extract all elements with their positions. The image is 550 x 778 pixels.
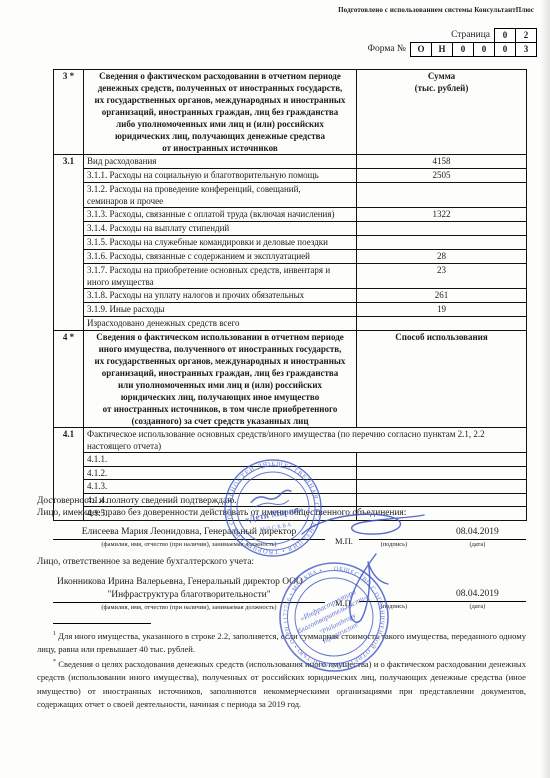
name-column: Елисеева Мария Леонидовна, Генеральный д… (53, 526, 325, 548)
accountant-name-line1: Иконникова Ирина Валерьевна, Генеральный… (53, 576, 325, 589)
page-label: Страница (451, 30, 490, 40)
row-value: 1322 (357, 208, 527, 222)
section4-header-row: 4 * Сведения о фактическом использовании… (54, 331, 527, 428)
seal-mark-label: М.П. (335, 598, 353, 608)
footnote-2: * Сведения о целях расходования денежных… (37, 656, 526, 711)
table-row: 4.1.3. (54, 480, 527, 494)
footnote-1-text: Для иного имущества, указанного в строке… (37, 630, 526, 653)
row-value (357, 453, 527, 467)
table-row: 3.1.6. Расходы, связанные с содержанием … (54, 250, 527, 264)
page-digit-box: 0 (494, 28, 516, 43)
row-value: 4158 (357, 155, 527, 169)
table-row: 3.1 Вид расходования 4158 (54, 155, 527, 169)
row-value: 2505 (357, 169, 527, 183)
signature-line (359, 588, 429, 602)
report-table: 3 * Сведения о фактическом расходовании … (53, 69, 527, 521)
section4-value-header: Способ использования (357, 331, 527, 428)
table-row: 3.1.7. Расходы на приобретение основных … (54, 264, 527, 289)
signature-column: (подпись) (359, 526, 429, 548)
row-value (357, 236, 527, 250)
document-page: Подготовлено с использованием системы Ко… (0, 0, 550, 778)
section3-number: 3 * (54, 70, 84, 155)
row-value (357, 466, 527, 480)
row-value: 23 (357, 264, 527, 289)
signature-section: Достоверность и полноту сведений подтвер… (37, 496, 526, 712)
section4-title: Сведения о фактическом использовании в о… (84, 331, 357, 428)
form-digit-box: 0 (473, 42, 495, 57)
row-label: 3.1.7. Расходы на приобретение основных … (84, 264, 357, 289)
row-label: 3.1.4. Расходы на выплату стипендий (84, 222, 357, 236)
row-value: 28 (357, 250, 527, 264)
seal-mark-label: М.П. (335, 536, 353, 546)
footnote-1: 1 Для иного имущества, указанного в стро… (37, 628, 526, 657)
form-number-block: Страница 0 2 Форма № О Н 0 0 0 3 (368, 28, 537, 56)
row-value: 261 (357, 289, 527, 303)
form-digit-box: О (410, 42, 432, 57)
row-label: 4.1.1. (84, 453, 357, 467)
table-row: 3.1.4. Расходы на выплату стипендий (54, 222, 527, 236)
row-label: Фактическое использование основных средс… (84, 428, 527, 453)
row-label: 3.1.5. Расходы на служебные командировки… (84, 236, 357, 250)
name-caption: (фамилия, имя, отчество (при наличии), з… (53, 603, 325, 611)
section4-number: 4 * (54, 331, 84, 428)
row-label: 4.1.3. (84, 480, 357, 494)
form-digit-box: Н (431, 42, 453, 57)
signature-block-authorized: Елисеева Мария Леонидовна, Генеральный д… (37, 526, 526, 548)
signature-column: (подпись) (359, 588, 429, 610)
table-row: 3.1.9. Иные расходы19 (54, 303, 527, 317)
section3-header-row: 3 * Сведения о фактическом расходовании … (54, 70, 527, 155)
row-value (357, 480, 527, 494)
accountant-intro: Лицо, ответственное за ведение бухгалтер… (37, 557, 526, 569)
prepared-note: Подготовлено с использованием системы Ко… (338, 6, 534, 14)
signature-caption: (подпись) (359, 540, 429, 548)
signature-block-accountant: Иконникова Ирина Валерьевна, Генеральный… (37, 576, 526, 611)
row-label: Израсходовано денежных средств всего (84, 317, 357, 331)
table-row: 3.1.8. Расходы на уплату налогов и прочи… (54, 289, 527, 303)
form-digit-box: 0 (494, 42, 516, 57)
row-group-number: 3.1 (54, 155, 84, 331)
form-label: Форма № (368, 44, 406, 54)
confirmation-statement: Достоверность и полноту сведений подтвер… (37, 496, 526, 508)
row-label: 4.1.2. (84, 466, 357, 480)
signature-date: 08.04.2019 (429, 588, 526, 602)
row-value: 19 (357, 303, 527, 317)
footnote-2-text: Сведения о целях расходования денежных с… (37, 659, 526, 709)
signature-caption: (подпись) (359, 602, 429, 610)
form-number-row: Форма № О Н 0 0 0 3 (368, 42, 537, 56)
row-41-header: 4.1 Фактическое использование основных с… (54, 428, 527, 453)
page-number-row: Страница 0 2 (368, 28, 537, 42)
row-label: 3.1.6. Расходы, связанные с содержанием … (84, 250, 357, 264)
row-label: Вид расходования (84, 155, 357, 169)
row-value (357, 183, 527, 208)
row-label: 3.1.2. Расходы на проведение конференций… (84, 183, 357, 208)
date-column: 08.04.2019 (дата) (429, 588, 526, 610)
accountant-name-line2: "Инфраструктура благотворительности" (53, 589, 325, 603)
section3-value-header: Сумма (тыс. рублей) (357, 70, 527, 155)
row-label: 3.1.9. Иные расходы (84, 303, 357, 317)
row-value (357, 222, 527, 236)
table-row: 3.1.3. Расходы, связанные с оплатой труд… (54, 208, 527, 222)
page-digit-box: 2 (515, 28, 537, 43)
date-caption: (дата) (429, 602, 526, 610)
footnote-2-marker: * (53, 659, 56, 665)
signature-date: 08.04.2019 (429, 526, 526, 540)
name-caption: (фамилия, имя, отчество (при наличии), з… (53, 540, 325, 548)
form-digit-box: 3 (515, 42, 537, 57)
table-row: 3.1.1. Расходы на социальную и благотвор… (54, 169, 527, 183)
footnote-1-marker: 1 (53, 631, 56, 637)
row-label: 3.1.1. Расходы на социальную и благотвор… (84, 169, 357, 183)
table-row: 3.1.2. Расходы на проведение конференций… (54, 183, 527, 208)
signature-line (359, 526, 429, 540)
table-row: 4.1.2. (54, 466, 527, 480)
footnote-separator (53, 623, 151, 624)
date-column: 08.04.2019 (дата) (429, 526, 526, 548)
authorized-person-intro: Лицо, имеющее право без доверенности дей… (37, 508, 526, 520)
table-row: Израсходовано денежных средств всего (54, 317, 527, 331)
row-label: 3.1.3. Расходы, связанные с оплатой труд… (84, 208, 357, 222)
authorized-person-name: Елисеева Мария Леонидовна, Генеральный д… (53, 526, 325, 540)
table-row: 4.1.1. (54, 453, 527, 467)
row-label: 3.1.8. Расходы на уплату налогов и прочи… (84, 289, 357, 303)
table-row: 3.1.5. Расходы на служебные командировки… (54, 236, 527, 250)
section3-title: Сведения о фактическом расходовании в от… (84, 70, 357, 155)
date-caption: (дата) (429, 540, 526, 548)
form-digit-box: 0 (452, 42, 474, 57)
name-column: Иконникова Ирина Валерьевна, Генеральный… (53, 576, 325, 611)
row-value (357, 317, 527, 331)
